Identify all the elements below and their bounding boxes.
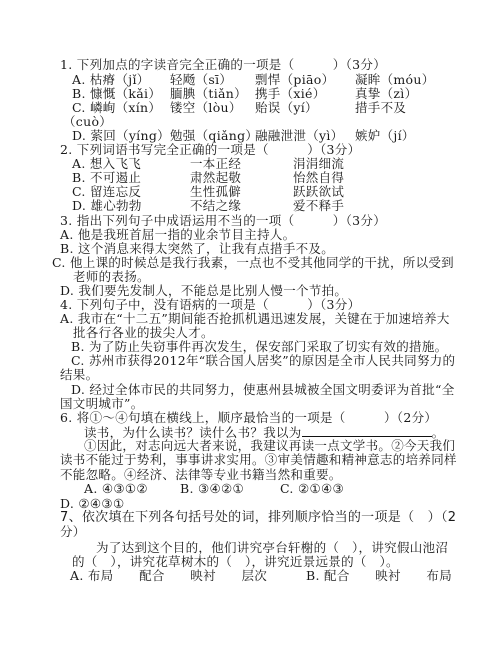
q1-a-word2: 轻飏（sī） (170, 73, 232, 87)
q1-b-word4: 真挚（zì） (355, 87, 417, 101)
q2-d-word1: D. 雄心勃勃 (72, 199, 142, 213)
q6-passage-line3: 不能忽略。④经济、法律等专业书籍当然和重要。 (60, 468, 342, 482)
q6-option-b: B. ③④②① (180, 482, 244, 496)
q3-option-c-cont: 老师的表扬。 (73, 270, 150, 284)
q7-stem-line2: 的（ ），讲究花草树木的（ ），讲究近景远景的（ ）。 (72, 555, 399, 569)
q6-option-c: C. ②①④③ (280, 482, 344, 496)
q3-option-a: A. 他是我班首屈一指的业余节目主持人。 (60, 228, 295, 242)
q4-option-c: C. 苏州市获得2012年“联合国人居奖”的原因是全市人民共同努力的 (71, 354, 455, 368)
q6-answer-blank (302, 425, 432, 437)
q4-option-d: D. 经过全体市民的共同努力，使惠州县城被全国文明委评为首批“全 (71, 383, 455, 397)
q4-title: 4. 下列句子中，没有语病的一项是（ ）（3分） (60, 298, 360, 312)
q6-stem: 读书，为什么读书？读什么书？我以为。 (84, 425, 444, 439)
q2-b-word1: B. 不可遏止 (72, 171, 141, 185)
q2-d-word3: 爱不释手 (293, 199, 344, 213)
q3-option-d: D. 我们要先发制人，不能总是比别人慢一个节拍。 (60, 284, 347, 298)
q6-passage-line2: 读书不能过于势利，事事讲求实用。③审美情趣和精神意志的培养同样 (60, 453, 457, 467)
q7-stem-line1: 为了达到这个目的，他们讲究亭台轩榭的（ ），讲究假山池沼 (96, 541, 448, 555)
q3-option-c: C. 他上课的时候总是我行我素，一点也不受其他同学的干扰，所以受到 (52, 256, 454, 270)
exam-page: 1. 下列加点的字读音完全正确的一项是（ ）（3分） A. 枯瘠（jǐ） 轻飏（… (0, 0, 502, 649)
q6-title: 6. 将①～④句填在横线上，顺序最恰当的一项是（ ）（2分） (60, 411, 437, 425)
q2-d-word2: 不结之缘 (190, 199, 241, 213)
q1-a-word3: 剽悍（piāo） (255, 73, 334, 87)
q1-c-word1: C. 嶙峋（xín） (72, 101, 161, 115)
q6-passage-line1: ①因此，对志向远大者来说，我建议再读一点文学书。②今天我们 (84, 439, 455, 453)
q4-option-c-cont: 结果。 (60, 368, 98, 382)
q7-title-cont: 分） (60, 525, 86, 539)
q6-option-d: D. ②④③① (60, 497, 124, 511)
q1-title: 1. 下列加点的字读音完全正确的一项是（ ）（3分） (60, 58, 386, 72)
q1-b-word1: B. 慷慨（kǎi） (72, 87, 161, 101)
q2-b-word2: 肃然起敬 (190, 171, 241, 185)
q1-d-word2: 勉强（qiǎng） (170, 129, 258, 143)
q7-option-b: B. 配合 映衬 布局 (306, 569, 452, 583)
q2-a-word2: 一本正经 (190, 157, 241, 171)
q2-title: 2. 下列词语书写完全正确的一项是（ ）（3分） (60, 143, 360, 157)
q1-d-word3: 融融泄泄（yì） (255, 129, 343, 143)
q3-title: 3. 指出下列句子中成语运用不当的一项（ ）（3分） (60, 214, 386, 228)
q1-d-word4: 嫉妒（jí） (355, 129, 415, 143)
q7-option-a: A. 布局 配合 映衬 层次 (70, 569, 267, 583)
q3-option-b: B. 这个消息来得太突然了，让我有点措手不及。 (60, 242, 334, 256)
q2-a-word3: 涓涓细流 (293, 157, 344, 171)
q2-c-word1: C. 留连忘反 (72, 185, 141, 199)
q1-c-word2: 镂空（lòu） (170, 101, 242, 115)
q1-c-word3: 贻误（yí） (255, 101, 318, 115)
q1-b-word2: 腼腆（tiǎn） (170, 87, 247, 101)
q1-option-c-wrap: （cuò） (63, 115, 112, 129)
q2-c-word3: 跃跃欲试 (293, 185, 344, 199)
q1-a-word4: 凝眸（móu） (355, 73, 435, 87)
q4-option-b: B. 为了防止失窃事件再次发生，保安部门采取了切实有效的措施。 (71, 340, 447, 354)
q7-title: 7、依次填在下列各句括号处的词，排列顺序恰当的一项是（ ）（2 (60, 511, 456, 525)
q1-a-word1: A. 枯瘠（jǐ） (72, 73, 150, 87)
q2-b-word3: 怡然自得 (293, 171, 344, 185)
q4-option-d-cont: 国文明城市”。 (60, 397, 144, 411)
q1-b-word3: 携手（xié） (255, 87, 326, 101)
q2-a-word1: A. 想入飞飞 (72, 157, 141, 171)
q1-c-word4: 措手不及 (355, 101, 406, 115)
q1-d-word1: D. 萦回（yíng） (72, 129, 170, 143)
q2-c-word2: 生性孤僻 (190, 185, 241, 199)
q4-option-a: A. 我市在“十二五”期间能否抢抓机遇迅速发展，关键在于加速培养大 (60, 312, 450, 326)
q6-option-a: A. ④③①② (84, 482, 148, 496)
q4-option-a-cont: 批各行各业的拔尖人才。 (73, 326, 214, 340)
